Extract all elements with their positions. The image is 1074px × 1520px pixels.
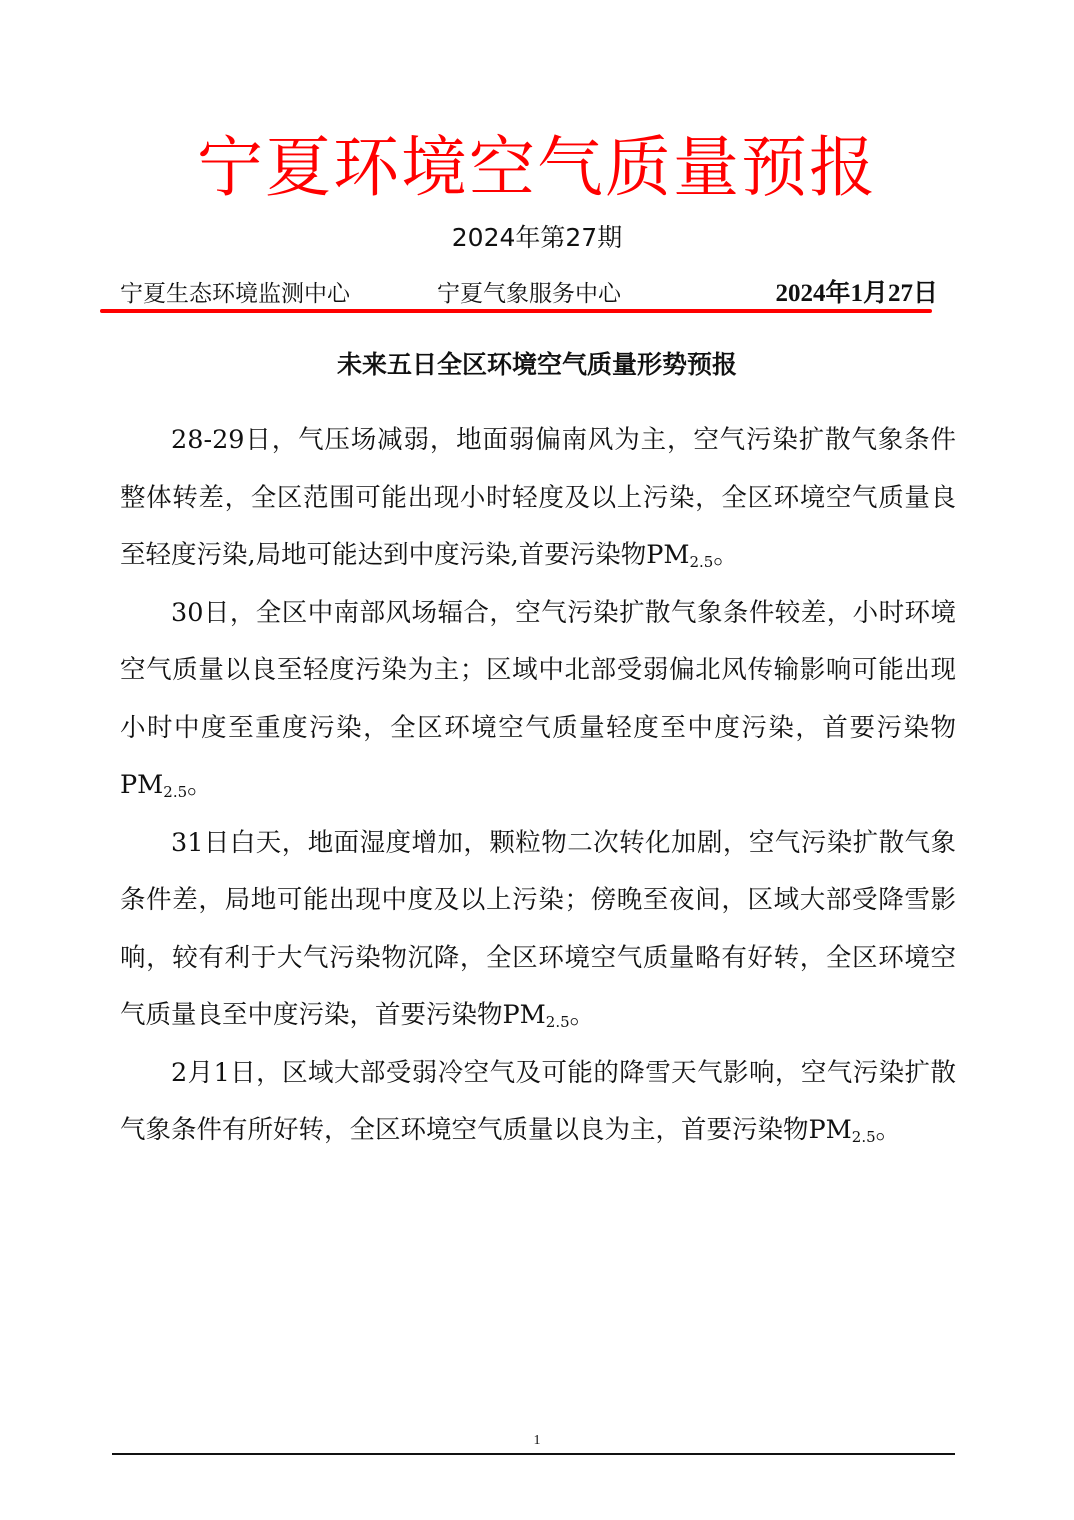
masthead-divider	[100, 309, 932, 313]
issuing-org-environment: 宁夏生态环境监测中心	[120, 276, 350, 312]
forecast-paragraph-31: 31日白天，地面湿度增加，颗粒物二次转化加剧，空气污染扩散气象条件差，局地可能出…	[120, 815, 956, 1045]
masthead-title: 宁夏环境空气质量预报	[0, 128, 1074, 208]
byline: 宁夏生态环境监测中心 宁夏气象服务中心 2024年1月27日	[120, 276, 938, 312]
footer-divider	[112, 1453, 955, 1455]
document-page: 宁夏环境空气质量预报 2024年第27期 宁夏生态环境监测中心 宁夏气象服务中心…	[0, 0, 1074, 1520]
forecast-paragraph-28-29: 28-29日，气压场减弱，地面弱偏南风为主，空气污染扩散气象条件整体转差，全区范…	[120, 412, 956, 585]
issue-number: 2024年第27期	[0, 218, 1074, 258]
section-title: 未来五日全区环境空气质量形势预报	[0, 345, 1074, 385]
forecast-paragraph-feb-1: 2月1日，区域大部受弱冷空气及可能的降雪天气影响，空气污染扩散气象条件有所好转，…	[120, 1045, 956, 1160]
page-number: 1	[0, 1432, 1074, 1450]
forecast-body: 28-29日，气压场减弱，地面弱偏南风为主，空气污染扩散气象条件整体转差，全区范…	[120, 412, 956, 1160]
publish-date: 2024年1月27日	[775, 276, 938, 312]
issuing-org-meteorology: 宁夏气象服务中心	[437, 276, 621, 312]
forecast-paragraph-30: 30日，全区中南部风场辐合，空气污染扩散气象条件较差，小时环境空气质量以良至轻度…	[120, 585, 956, 815]
